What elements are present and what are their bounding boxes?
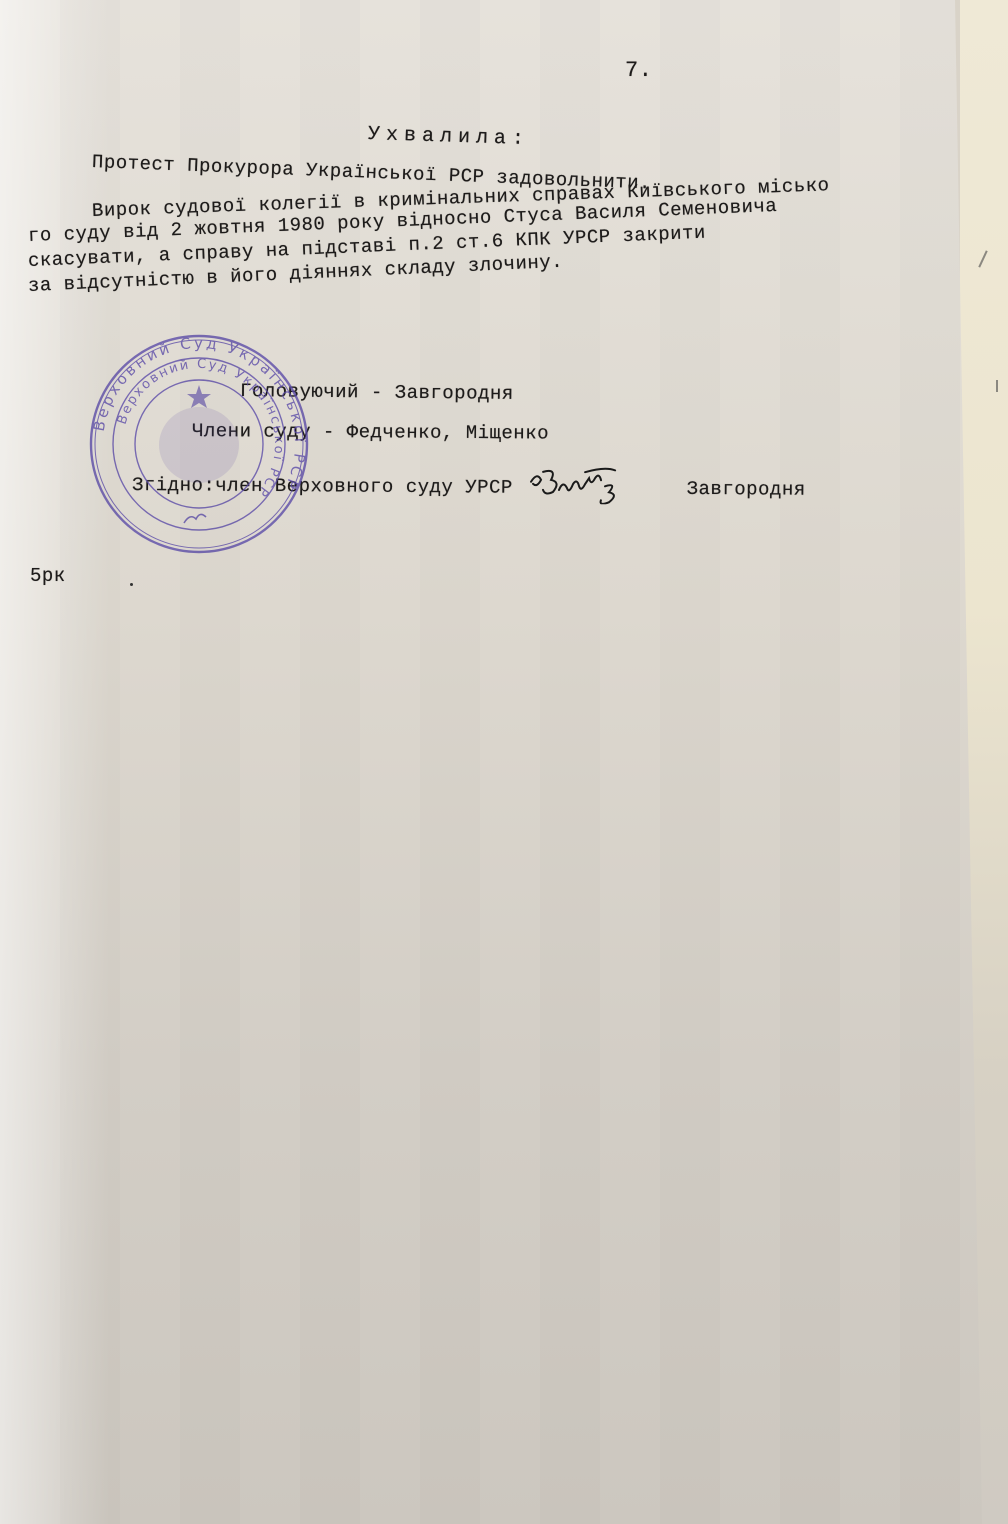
court-seal-stamp-icon: Верховний Суд Української РСР Верховний … <box>88 333 310 555</box>
agreed-name: Завгородня <box>687 478 806 501</box>
page-number: 7. <box>625 58 652 83</box>
edge-pen-mark <box>978 250 987 267</box>
court-members-line: Члени суду - Федченко, Міщенко <box>192 420 549 444</box>
copies-mark: 5рк <box>30 565 66 587</box>
edge-pen-mark <box>996 380 998 392</box>
handwritten-signature-icon <box>525 464 675 505</box>
presiding-judge-line: Головуючий - Завгородня <box>240 380 514 405</box>
resolution-heading: Ухвалила: <box>368 123 531 151</box>
ink-dot <box>130 583 133 586</box>
agreed-prefix: Згідно:член Верховного суду УРСР <box>132 474 513 499</box>
document-page: 7. Ухвалила: Протест Прокурора Українськ… <box>0 0 982 1524</box>
agreed-signature-line: Згідно:член Верховного суду УРСР Завгоро… <box>132 465 806 510</box>
